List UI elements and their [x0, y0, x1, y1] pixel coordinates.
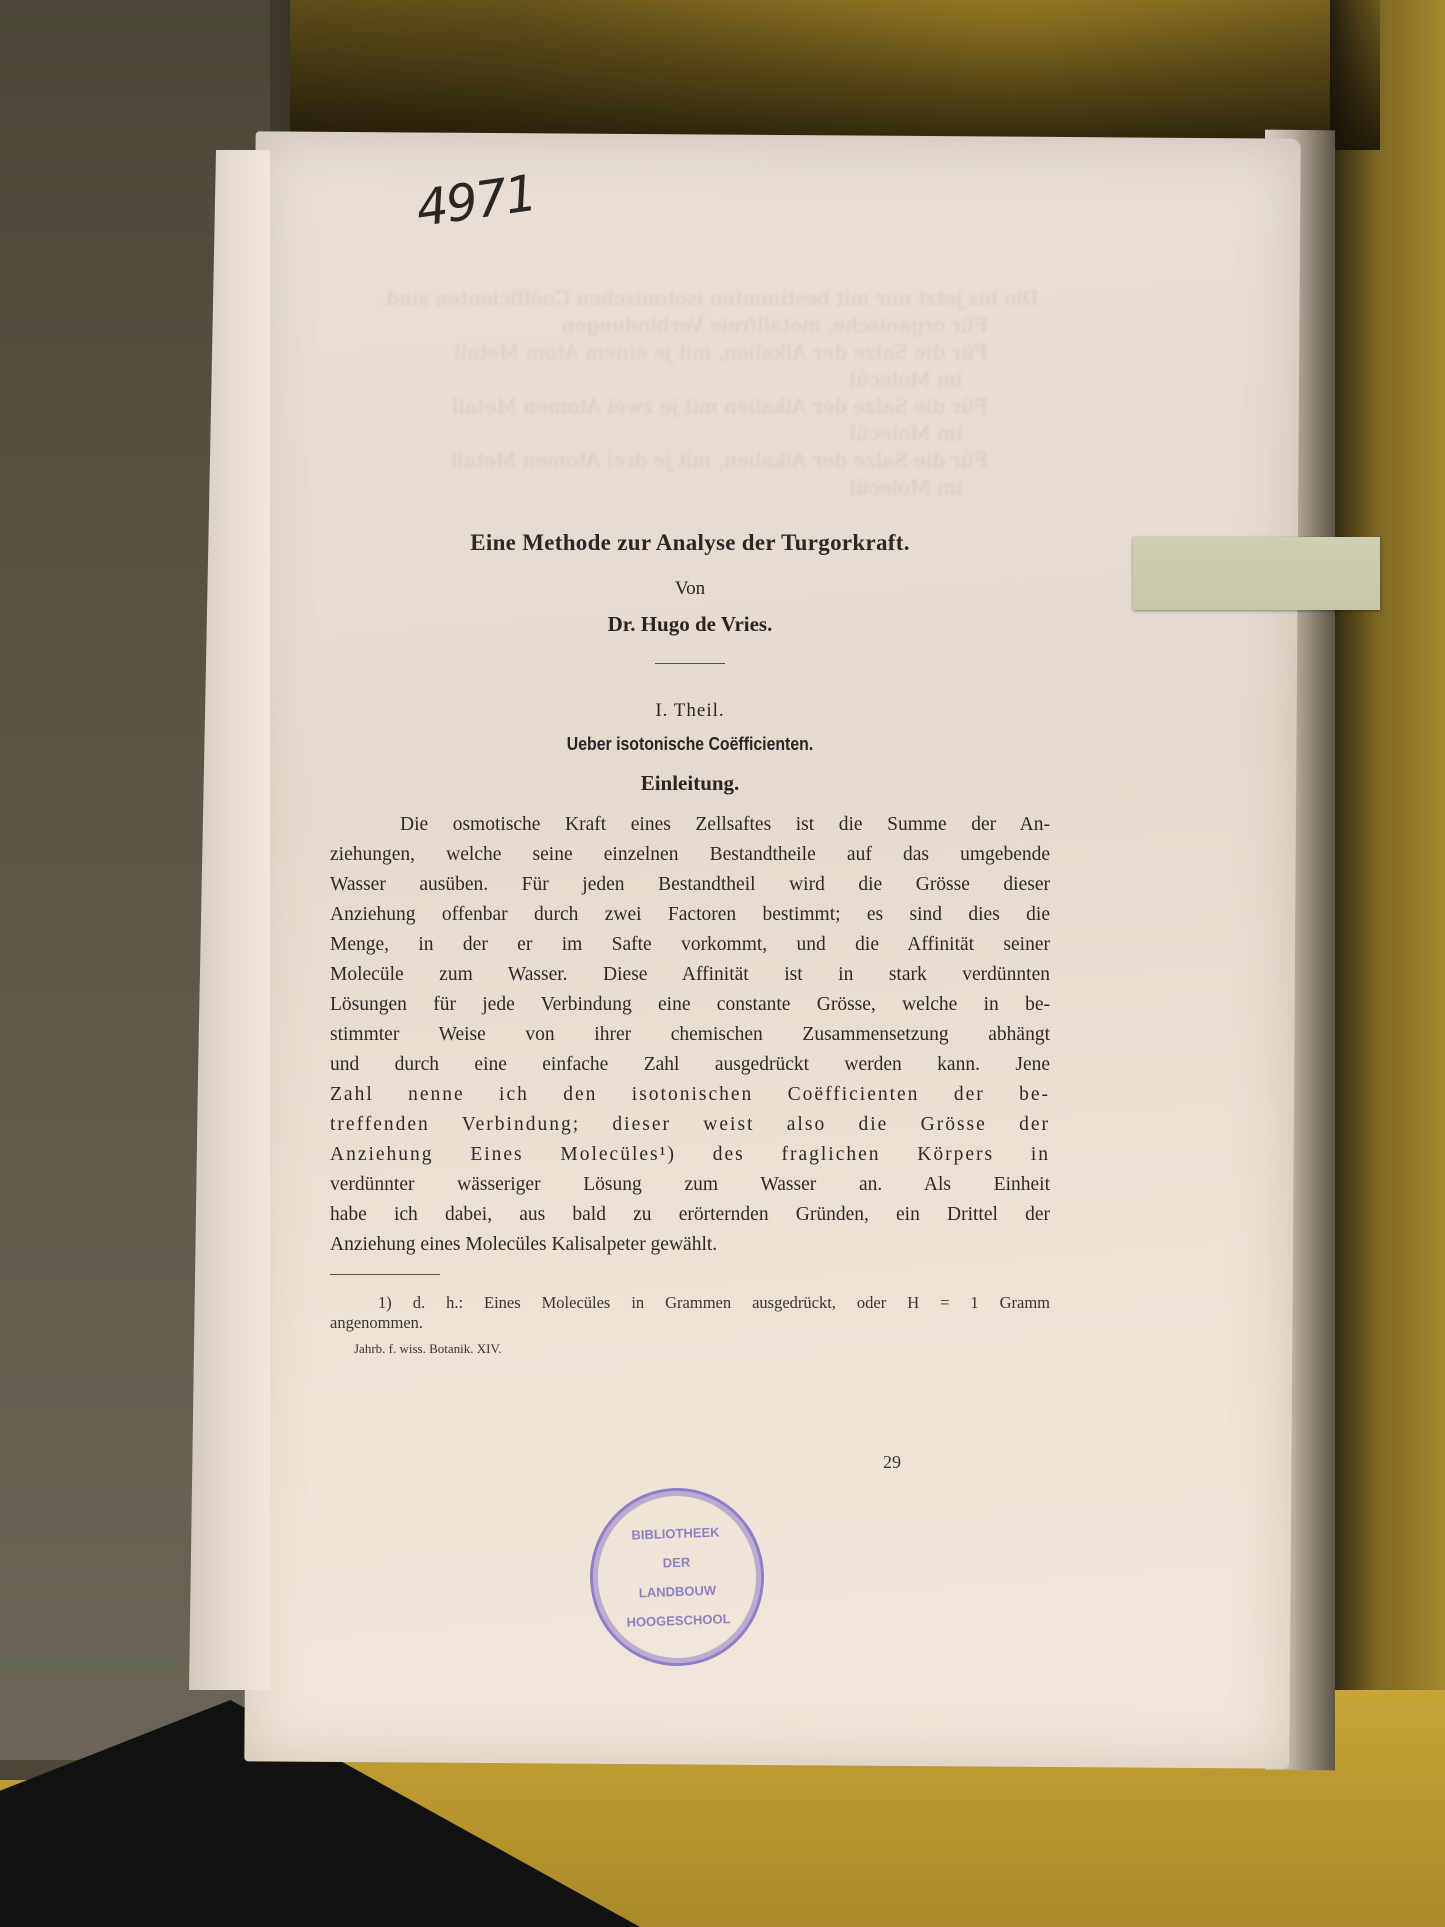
paper-bookmark-slip[interactable]: [1133, 537, 1380, 610]
body-line: verdünnter wässeriger Lösung zum Wasser …: [330, 1170, 1050, 1200]
body-line: Zahl nenne ich den isotonischen Coëffici…: [330, 1080, 1050, 1110]
page-number: 29: [883, 1452, 901, 1473]
body-line: Lösungen für jede Verbindung eine consta…: [330, 990, 1050, 1020]
body-line: Menge, in der er im Safte vorkommt, und …: [330, 930, 1050, 960]
cloth-right-edge: [1330, 0, 1445, 1927]
body-line: Anziehung eines Molecüles Kalisalpeter g…: [330, 1230, 1050, 1260]
body-line: Die osmotische Kraft eines Zellsaftes is…: [330, 810, 1050, 840]
body-line: Wasser ausüben. Für jeden Bestandtheil w…: [330, 870, 1050, 900]
article-title: Eine Methode zur Analyse der Turgorkraft…: [330, 530, 1050, 556]
stamp-line: LANDBOUW: [593, 1581, 761, 1602]
body-line: Molecüle zum Wasser. Diese Affinität ist…: [330, 960, 1050, 990]
body-paragraph: Die osmotische Kraft eines Zellsaftes is…: [330, 810, 1050, 1260]
part-heading: I. Theil.: [330, 700, 1050, 722]
stamp-line: BIBLIOTHEEK: [591, 1523, 759, 1544]
title-divider: [655, 663, 725, 664]
section-heading: Einleitung.: [330, 771, 1050, 796]
body-line: Anziehung Eines Molecüles¹) des fraglich…: [330, 1140, 1050, 1170]
footnote: 1) d. h.: Eines Molecüles in Grammen aus…: [330, 1293, 1050, 1333]
body-line: habe ich dabei, aus bald zu erörternden …: [330, 1200, 1050, 1230]
byline-prefix: Von: [330, 578, 1050, 600]
article-content: Eine Methode zur Analyse der Turgorkraft…: [330, 530, 1050, 1357]
journal-signature: Jahrb. f. wiss. Botanik. XIV.: [354, 1341, 1050, 1357]
stamp-line: HOOGESCHOOL: [594, 1610, 762, 1631]
body-line: stimmter Weise von ihrer chemischen Zusa…: [330, 1020, 1050, 1050]
photo-scene: Die bis jetzt nur mit bestimmten isotoni…: [0, 0, 1445, 1927]
bleed-through-text: Die bis jetzt nur mit bestimmten isotoni…: [380, 285, 1039, 501]
stamp-line: DER: [592, 1552, 760, 1573]
body-line: treffenden Verbindung; dieser weist also…: [330, 1110, 1050, 1140]
body-line: Anziehung offenbar durch zwei Factoren b…: [330, 900, 1050, 930]
body-line: und durch eine einfache Zahl ausgedrückt…: [330, 1050, 1050, 1080]
top-shadow: [180, 0, 1380, 150]
article-author: Dr. Hugo de Vries.: [330, 612, 1050, 637]
body-line: ziehungen, welche seine einzelnen Bestan…: [330, 840, 1050, 870]
footnote-line: angenommen.: [330, 1313, 423, 1332]
footnote-divider: [330, 1274, 440, 1275]
part-subtitle: Ueber isotonische Coëfficienten.: [373, 734, 1007, 755]
footnote-line: 1) d. h.: Eines Molecüles in Grammen aus…: [330, 1293, 1050, 1313]
